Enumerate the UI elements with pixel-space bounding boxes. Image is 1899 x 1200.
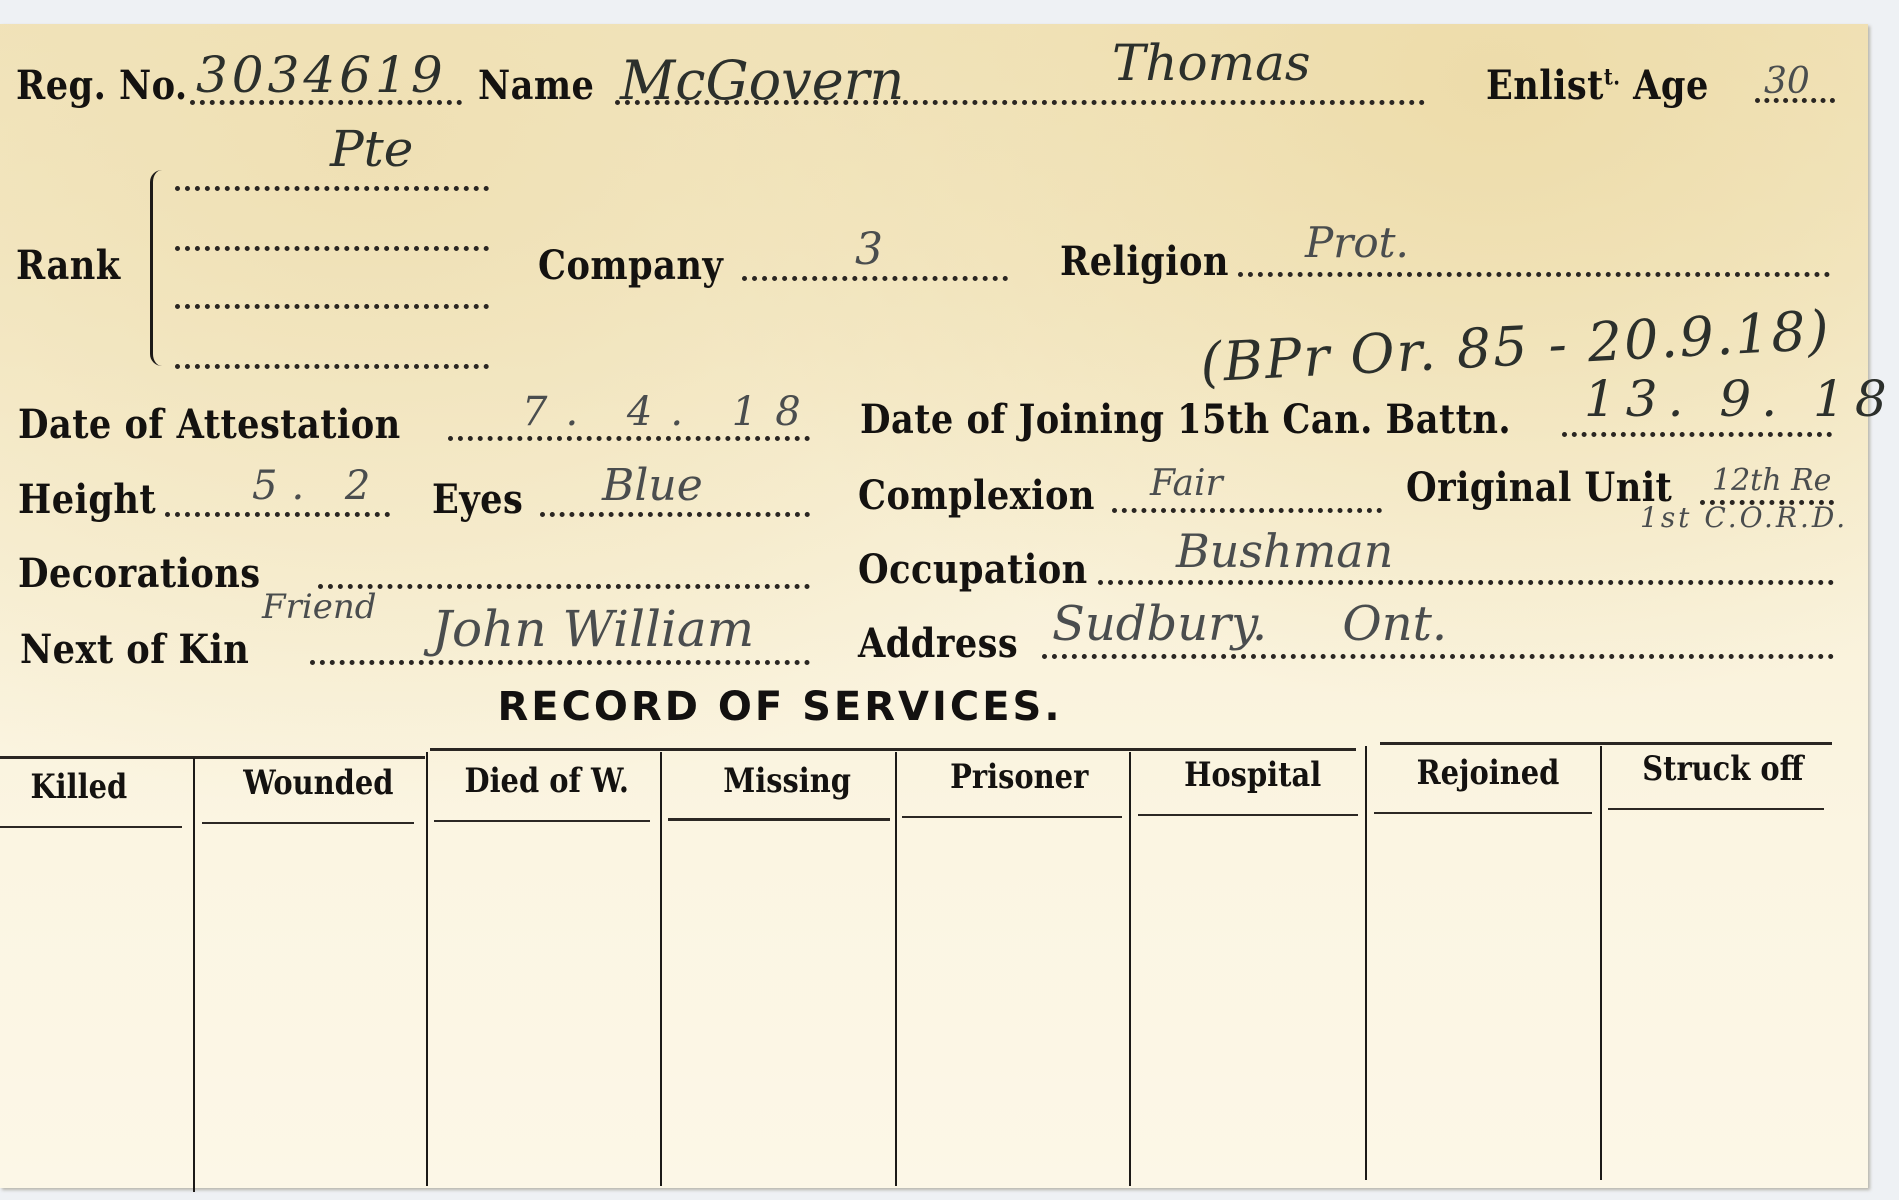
column-header-wounded: Wounded (243, 766, 393, 800)
column-divider-5 (1129, 752, 1131, 1186)
column-header-struck-off: Struck off (1642, 752, 1803, 786)
address-label: Address (858, 624, 1018, 664)
religion-dots (1238, 272, 1830, 277)
date-attestation-value: 7. 4. 18 (522, 392, 819, 432)
occupation-value: Bushman (1176, 528, 1393, 574)
complexion-label: Complexion (858, 476, 1095, 516)
column-divider-7 (1600, 746, 1602, 1180)
next-of-kin-value: John William (432, 604, 754, 654)
table-top-rule-1 (0, 756, 425, 759)
name-surname-value: McGovern (620, 54, 904, 108)
name-label: Name (478, 66, 594, 106)
age-label-text: Age (1620, 62, 1708, 109)
height-dots (165, 512, 390, 517)
date-joining-dots (1562, 432, 1832, 437)
rank-dots-1 (175, 186, 489, 191)
company-value: 3 (855, 228, 883, 272)
name-given-value: Thomas (1112, 38, 1311, 88)
rank-value: Pte (330, 124, 413, 174)
column-header-killed: Killed (31, 770, 128, 804)
header-underline-1 (0, 826, 182, 828)
column-divider-6 (1365, 746, 1367, 1180)
header-underline-7 (1374, 812, 1592, 814)
company-dots (742, 276, 1008, 281)
header-underline-3 (434, 820, 650, 822)
column-header-rejoined: Rejoined (1417, 756, 1560, 790)
occupation-dots (1098, 580, 1834, 585)
original-unit-label: Original Unit (1406, 468, 1672, 508)
column-header-died-of-wounds: Died of W. (465, 764, 629, 798)
table-top-rule-2 (430, 748, 1356, 751)
date-joining-value: 13. 9. 18 (1584, 374, 1897, 424)
date-attestation-label: Date of Attestation (18, 405, 401, 445)
eyes-label: Eyes (432, 480, 523, 520)
header-underline-8 (1608, 808, 1824, 810)
header-underline-6 (1138, 814, 1358, 816)
column-header-hospital: Hospital (1184, 758, 1321, 792)
height-label: Height (18, 480, 156, 520)
rank-dots-3 (175, 304, 489, 309)
reg-no-value: 3034619 (196, 50, 447, 100)
date-joining-label: Date of Joining 15th Can. Battn. (860, 400, 1511, 440)
rank-dots-4 (175, 364, 489, 369)
next-of-kin-dots (310, 660, 810, 665)
enlist-age-label: Enlistt. Age (1486, 66, 1709, 106)
eyes-dots (540, 512, 810, 517)
reg-no-label: Reg. No. (16, 66, 188, 106)
table-top-rule-3 (1380, 742, 1832, 745)
rank-brace (150, 170, 167, 366)
complexion-value: Fair (1150, 466, 1223, 502)
column-divider-2 (426, 752, 428, 1186)
original-unit-value-1: 12th Re (1712, 466, 1831, 496)
original-unit-value-2: 1st C.O.R.D. (1640, 504, 1848, 532)
column-divider-1 (193, 758, 195, 1192)
rank-label: Rank (16, 246, 121, 286)
address-value: Sudbury. Ont. (1052, 600, 1447, 648)
column-divider-3 (660, 752, 662, 1186)
column-header-prisoner: Prisoner (950, 760, 1088, 794)
rank-dots-2 (175, 246, 489, 251)
date-attestation-dots (448, 436, 810, 441)
header-underline-5 (902, 816, 1122, 818)
enlist-label-sup: t. (1604, 65, 1621, 91)
header-underline-4 (668, 818, 890, 821)
decorations-dots (318, 584, 810, 589)
eyes-value: Blue (602, 464, 703, 508)
address-dots (1042, 654, 1834, 659)
next-of-kin-relation: Friend (262, 590, 377, 624)
company-label: Company (538, 246, 723, 286)
next-of-kin-label: Next of Kin (20, 630, 249, 670)
enlist-label-text: Enlist (1486, 62, 1604, 109)
height-value: 5. 2 (252, 466, 384, 506)
complexion-dots (1112, 508, 1382, 513)
record-of-services-title: RECORD OF SERVICES. (0, 684, 1560, 730)
decorations-label: Decorations (18, 554, 261, 594)
column-header-missing: Missing (723, 764, 851, 798)
religion-label: Religion (1060, 242, 1229, 282)
occupation-label: Occupation (858, 550, 1088, 590)
column-divider-4 (895, 752, 897, 1186)
header-underline-2 (202, 822, 414, 824)
enlist-age-value: 30 (1764, 64, 1810, 100)
religion-value: Prot. (1305, 222, 1409, 264)
